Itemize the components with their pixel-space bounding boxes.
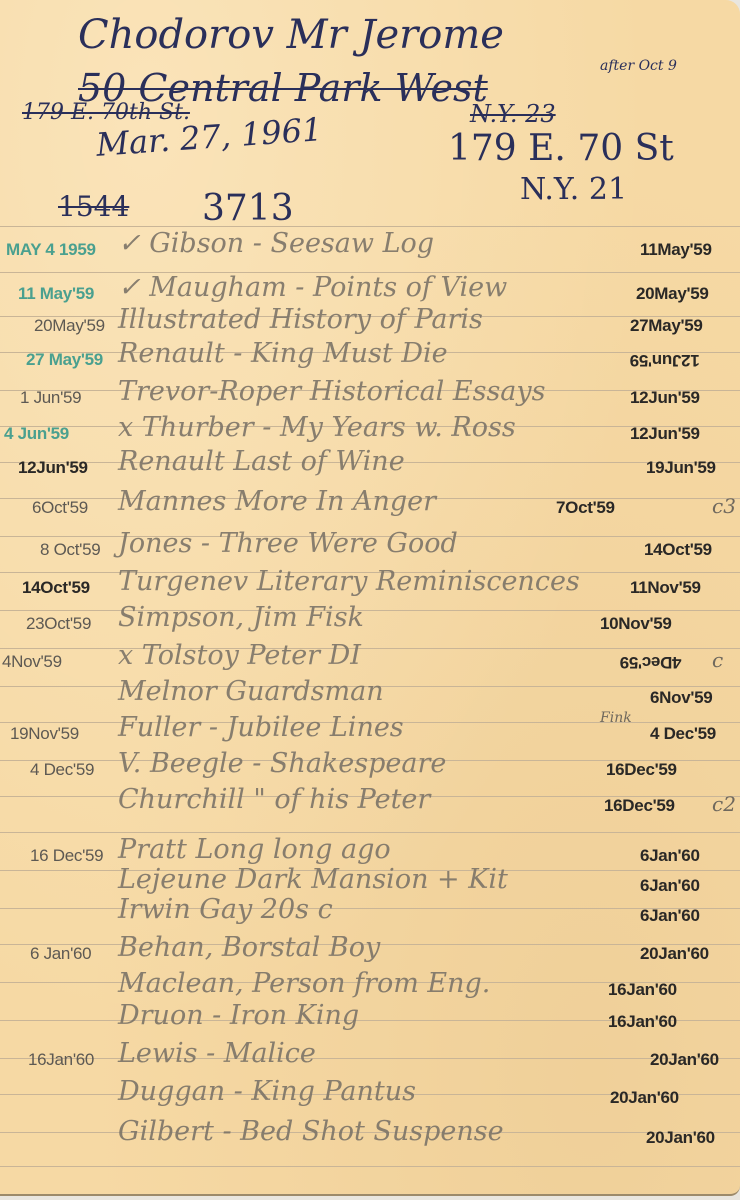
due-date-stamp: 20Jan'60 [650,1050,719,1070]
due-date-stamp: 12Jun'59 [630,424,700,444]
ruled-line [0,1058,740,1059]
due-date-stamp: 12Jun'59 [630,350,700,370]
book-title: Renault - King Must Die [118,338,448,369]
due-date-stamp: 16Jan'60 [608,1012,677,1032]
due-date-stamp: 14Oct'59 [644,540,712,560]
book-title: Duggan - King Pantus [118,1076,416,1107]
due-date-stamp: 27May'59 [630,316,703,336]
checkout-date-stamp: 14Oct'59 [22,578,90,598]
checkout-date-stamp: 16Jan'60 [28,1050,94,1070]
margin-note: c3 [712,494,736,518]
book-title: Fuller - Jubilee Lines [118,712,404,743]
due-date-stamp: 11Nov'59 [630,578,701,598]
checkout-date-stamp: 8 Oct'59 [40,540,100,560]
book-title: Jones - Three Were Good [118,528,458,559]
due-date-stamp: 6Jan'60 [640,876,700,896]
checkout-date-stamp: 1 Jun'59 [20,388,81,408]
ruled-line [0,648,740,649]
margin-note: Fink [600,710,632,726]
checkout-date-stamp: 19Nov'59 [10,724,79,744]
checkout-date-stamp: 23Oct'59 [26,614,91,634]
book-title: Illustrated History of Paris [118,304,483,335]
book-title: Irwin Gay 20s c [118,894,333,925]
checkout-date-stamp: MAY 4 1959 [6,240,96,260]
book-title: Simpson, Jim Fisk [118,602,364,633]
new-street: 179 E. 70 St [448,128,674,169]
book-title: Lewis - Malice [118,1038,316,1069]
book-title: Renault Last of Wine [118,446,405,477]
book-title: Maclean, Person from Eng. [118,968,490,999]
book-title: Behan, Borstal Boy [118,932,380,963]
checkout-date-stamp: 12Jun'59 [18,458,88,478]
checkout-date-stamp: 4 Jun'59 [4,424,69,444]
checkout-date-stamp: 20May'59 [34,316,105,336]
book-title: ✓ Maugham - Points of View [118,272,507,303]
margin-note: c [712,648,723,672]
margin-note: c2 [712,792,736,816]
due-date-stamp: 16Dec'59 [606,760,677,780]
ruled-line [0,610,740,611]
old-zip: N.Y. 23 [470,100,556,128]
book-title: ✓ Gibson - Seesaw Log [118,228,434,259]
book-title: x Tolstoy Peter DI [118,640,361,671]
book-title: x Thurber - My Years w. Ross [118,412,516,443]
book-title: Druon - Iron King [118,1000,359,1031]
book-title: Mannes More In Anger [118,486,436,517]
book-title: Lejeune Dark Mansion + Kit [118,864,508,895]
ruled-line [0,832,740,833]
book-title: Trevor-Roper Historical Essays [118,376,546,407]
book-title: Gilbert - Bed Shot Suspense [118,1116,504,1147]
library-due-date-card: Chodorov Mr Jerome 50 Central Park West … [0,0,740,1196]
due-date-stamp: 10Nov'59 [600,614,672,634]
due-date-stamp: 20Jan'60 [610,1088,679,1108]
due-date-stamp: 6Jan'60 [640,846,700,866]
new-zip: N.Y. 21 [520,172,627,207]
due-date-stamp: 16Jan'60 [608,980,677,1000]
checkout-date-stamp: 27 May'59 [26,350,103,370]
due-date-stamp: 7Oct'59 [556,498,615,518]
due-date-stamp: 4Dec'59 [620,652,682,672]
due-date-stamp: 19Jun'59 [646,458,716,478]
card-number: 3713 [202,188,294,229]
due-date-stamp: 4 Dec'59 [650,724,716,744]
ruled-line [0,226,740,227]
checkout-date-stamp: 6 Jan'60 [30,944,91,964]
due-date-stamp: 6Nov'59 [650,688,712,708]
due-date-stamp: 20Jan'60 [646,1128,715,1148]
due-date-stamp: 16Dec'59 [604,796,675,816]
book-title: Melnor Guardsman [118,676,384,707]
book-title: V. Beegle - Shakespeare [118,748,446,779]
checkout-date-stamp: 16 Dec'59 [30,846,103,866]
due-date-stamp: 12Jun'59 [630,388,700,408]
due-date-stamp: 11May'59 [640,240,712,260]
due-date-stamp: 20Jan'60 [640,944,709,964]
checkout-date-stamp: 4Nov'59 [2,652,62,672]
book-title: Turgenev Literary Reminiscences [118,566,580,597]
old-address-note: after Oct 9 [600,58,677,74]
due-date-stamp: 20May'59 [636,284,709,304]
book-title: Pratt Long long ago [118,834,391,865]
checkout-date-stamp: 6Oct'59 [32,498,88,518]
ruled-line [0,908,740,909]
patron-name: Chodorov Mr Jerome [78,12,504,58]
checkout-date-stamp: 4 Dec'59 [30,760,94,780]
checkout-date-stamp: 11 May'59 [18,284,94,304]
book-title: Churchill " of his Peter [118,784,430,815]
due-date-stamp: 6Jan'60 [640,906,700,926]
old-card-number: 1544 [58,190,129,223]
ruled-line [0,1166,740,1167]
